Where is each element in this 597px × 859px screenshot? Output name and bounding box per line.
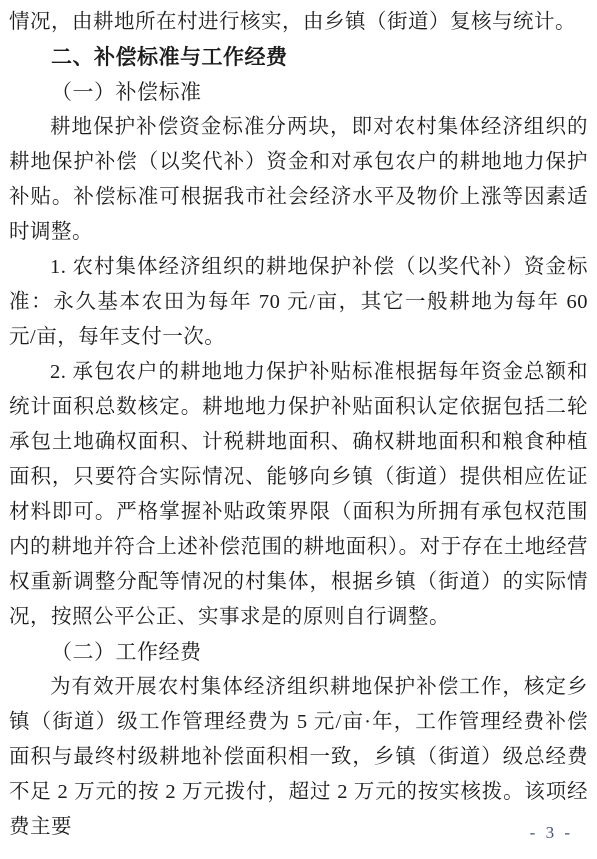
- document-page: 情况，由耕地所在村进行核实，由乡镇（街道）复核与统计。 二、补偿标准与工作经费 …: [0, 0, 597, 859]
- subsection-heading-2: （二）工作经费: [9, 635, 588, 670]
- paragraph-work-funds: 为有效开展农村集体经济组织耕地保护补偿工作，核定乡镇（街道）级工作管理经费为 5…: [9, 670, 588, 845]
- paragraph-item-1: 1. 农村集体经济组织的耕地保护补偿（以奖代补）资金标准：永久基本农田为每年 7…: [9, 250, 588, 355]
- section-heading-2: 二、补偿标准与工作经费: [9, 40, 588, 75]
- subsection-heading-1: （一）补偿标准: [9, 75, 588, 110]
- page-number: - 3 -: [530, 823, 573, 843]
- paragraph-compensation-standard: 耕地保护补偿资金标准分两块，即对农村集体经济组织的耕地保护补偿（以奖代补）资金和…: [9, 110, 588, 250]
- paragraph-continuation: 情况，由耕地所在村进行核实，由乡镇（街道）复核与统计。: [9, 5, 588, 40]
- document-body: 情况，由耕地所在村进行核实，由乡镇（街道）复核与统计。 二、补偿标准与工作经费 …: [9, 5, 588, 845]
- paragraph-item-2: 2. 承包农户的耕地地力保护补贴标准根据每年资金总额和统计面积总数核定。耕地地力…: [9, 355, 588, 635]
